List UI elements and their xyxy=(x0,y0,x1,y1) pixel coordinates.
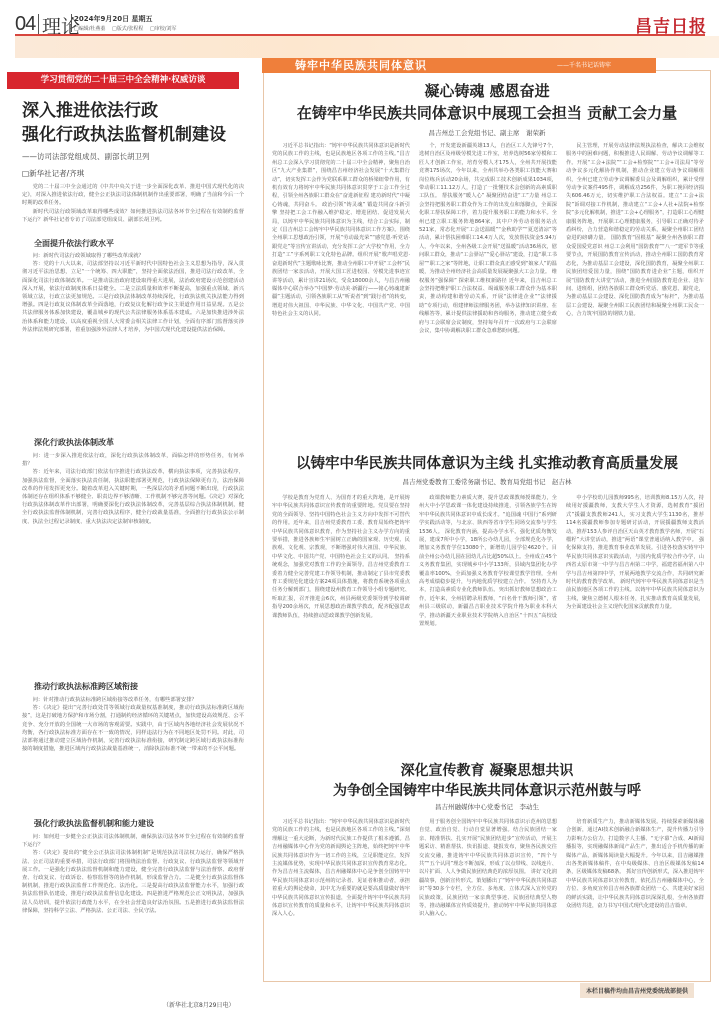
staff-credits: □编辑/杜燕蓁 □版式/张程程 □审校/刘军 xyxy=(74,25,181,32)
section-body: 问：如何进一步健全公正执法司法体制机制，确保执法司法各环节全过程在有效制约监督下… xyxy=(22,833,244,998)
page-number: 04 xyxy=(15,13,35,36)
article-byline: □新华社记者/齐琪 xyxy=(22,168,84,179)
editor-credit: □编辑/杜燕蓁 xyxy=(74,26,105,32)
decorative-banner-background xyxy=(15,36,719,58)
article-title-line2: 强化行政执法监督机制建设 xyxy=(22,124,242,146)
article-subtitle: ——访司法部党组成员、副部长胡卫列 xyxy=(22,151,150,162)
article-intro: 党的二十届三中全会通过的《中共中央关于进一步全面深化改革、推进中国式现代化的决定… xyxy=(22,183,244,237)
article-title-line1: 深入推进依法行政 xyxy=(22,100,242,122)
divider xyxy=(38,14,39,34)
article3-column-1: 习近平总书记指出：“铸牢中华民族共同体意识是新时代党的民族工作的主线，也是民族地… xyxy=(272,818,410,976)
article2-column-2: 政课教师能力素质大赛，提升思政课教师授课能力，全州大中小学思政课一体化建设持续推… xyxy=(419,494,557,756)
section-body: 问：进一步深入推进依法行政，深化行政执法体制改革，面临怎样的形势任务，有何举措？… xyxy=(22,452,244,672)
proof-credit: □审校/刘军 xyxy=(150,26,176,32)
section-heading: 全面提升依法行政水平 xyxy=(34,238,114,249)
masthead: 04 理论 2024年9月20日 星期五 □编辑/杜燕蓁 □版式/张程程 □审校… xyxy=(0,0,719,36)
section-heading: 深化行政执法体制改革 xyxy=(34,437,114,448)
article3-title-line1: 深化宣传教育 凝聚思想共识 xyxy=(263,760,711,780)
issue-date: 2024年9月20日 星期五 xyxy=(74,14,153,24)
article3-title-line2: 为争创全国铸牢中华民族共同体意识示范州鼓与呼 xyxy=(263,780,711,800)
article3-author: 昌吉州融媒体中心党委书记 李动生 xyxy=(263,802,711,811)
layout-credit: □版式/张程程 xyxy=(112,26,143,32)
section-heading: 强化行政执法监督机制和能力建设 xyxy=(34,818,154,829)
column-banner: 学习贯彻党的二十届三中全会精神·权威访谈 xyxy=(7,72,239,89)
article1-column-1: 习近平总书记指出：“铸牢中华民族共同体意识是新时代党的民族工作的主线，也是民族地… xyxy=(272,142,410,432)
special-column-subtitle: ——千名书记话铸牢 xyxy=(557,58,611,73)
source-credit: 本栏目稿件均由昌吉州党委统战部提供 xyxy=(580,983,694,998)
article1-column-3: 民主管理，开展劳动法律法规执法检查，解决工会维权服务中的困难问题，积极推进人民调… xyxy=(566,142,704,432)
article1-title-line1: 凝心铸魂 感恩奋进 xyxy=(263,80,711,101)
section-heading: 推动行政执法标准跨区域衔接 xyxy=(34,681,138,692)
article2-column-3: 中小学校幼儿园教师995名，培训教师8.15万人次，持续用好援疆教师，支教大学生… xyxy=(566,494,704,756)
article2-column-1: 学校是教育为党育人、为国育才的重大阵地，是开展铸牢中华民族共同体意识宣传教育的重… xyxy=(272,494,410,756)
dateline: （新华社北京8月29日电） xyxy=(163,1000,234,1009)
section-body: 问：针对推动行政执法标准跨区域衔接等改革任务，有哪些部署安排？ 答：《决定》提出… xyxy=(22,696,244,814)
article1-title-line2: 在铸牢中华民族共同体意识中展现工会担当 贡献工会力量 xyxy=(263,102,711,123)
article1-author: 昌吉州总工会党组书记、副主席 谢荣新 xyxy=(263,128,711,137)
special-column-title: 铸牢中华民族共同体意识 xyxy=(295,58,427,73)
article2-author: 昌吉州党委教育工委常务副书记、教育局党组书记 赵吉林 xyxy=(263,477,711,486)
article2-title: 以铸牢中华民族共同体意识为主线 扎实推动教育高质量发展 xyxy=(263,452,711,473)
article3-column-2: 用于服务创全国铸牢中华民族共同体意识示范州的思想自觉、政治自觉、行动自觉显著增强… xyxy=(419,818,557,976)
divider xyxy=(71,14,72,32)
article3-column-3: 培育新质生产力，推动新媒体发展。持续探索新媒体融合创新，通过AI技术创新融合新媒… xyxy=(566,818,704,976)
section-body: 问：新时代司法行政领域取得了哪些改革成就？ 答：党的十八大以来，司法部坚持以习近… xyxy=(22,252,244,432)
article1-column-2: 个，开发建设新疆英雄13人，自治区工人先锋号7个，选树自治区及州级劳模先进工作室… xyxy=(419,142,557,432)
